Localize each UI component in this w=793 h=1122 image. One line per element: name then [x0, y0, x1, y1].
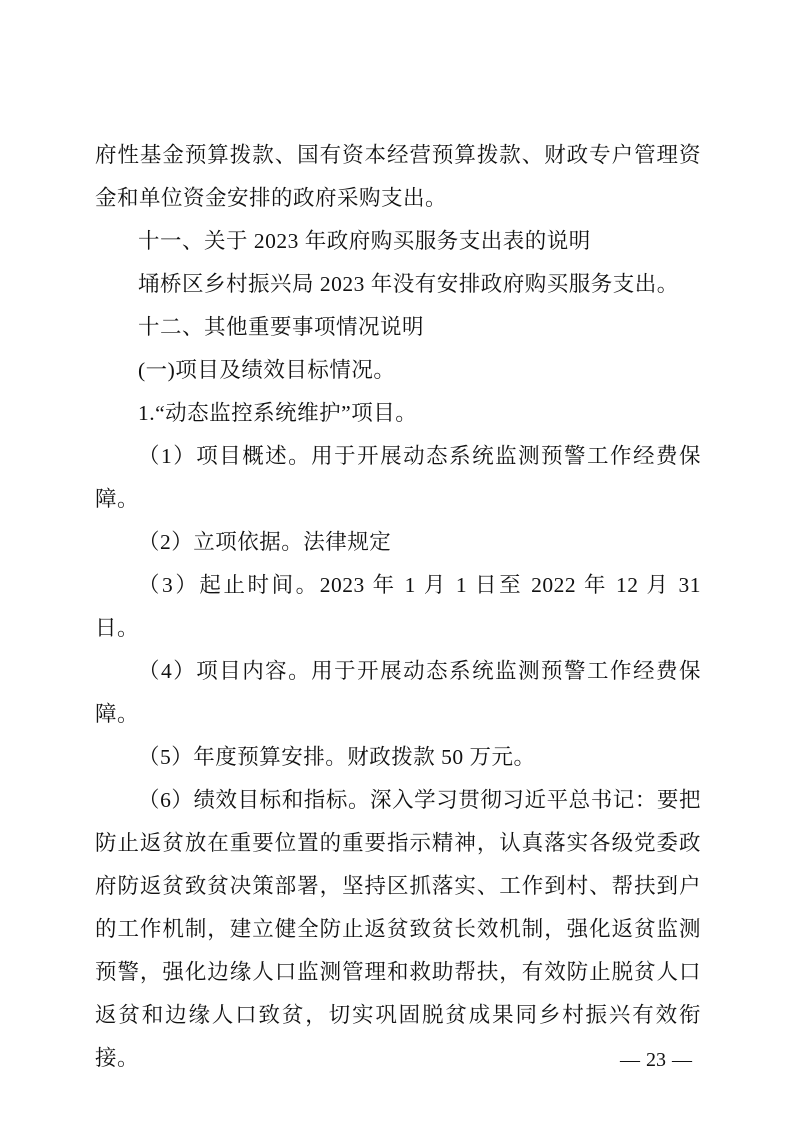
- footer-dash-right: —: [666, 1049, 698, 1072]
- document-page: 府性基金预算拨款、国有资本经营预算拨款、财政专户管理资金和单位资金安排的政府采购…: [0, 0, 793, 1122]
- subheading-project-performance: (一)项目及绩效目标情况。: [95, 349, 701, 392]
- item-5-annual-budget: （5）年度预算安排。财政拨款 50 万元。: [95, 736, 701, 779]
- heading-section-twelve: 十二、其他重要事项情况说明: [95, 306, 701, 349]
- item-project-title: 1.“动态监控系统维护”项目。: [95, 392, 701, 435]
- heading-section-eleven: 十一、关于 2023 年政府购买服务支出表的说明: [95, 220, 701, 263]
- para-no-procurement: 埇桥区乡村振兴局 2023 年没有安排政府购买服务支出。: [95, 263, 701, 306]
- item-2-legal-basis: （2）立项依据。法律规定: [95, 521, 701, 564]
- item-1-project-overview: （1）项目概述。用于开展动态系统监测预警工作经费保障。: [95, 435, 701, 521]
- document-body: 府性基金预算拨款、国有资本经营预算拨款、财政专户管理资金和单位资金安排的政府采购…: [95, 134, 701, 1080]
- item-3-time-period: （3）起止时间。2023 年 1 月 1 日至 2022 年 12 月 31 日…: [95, 564, 701, 650]
- page-footer: —23—: [594, 1026, 698, 1095]
- page-number: 23: [646, 1049, 666, 1072]
- item-4-project-content: （4）项目内容。用于开展动态系统监测预警工作经费保障。: [95, 650, 701, 736]
- continued-paragraph: 府性基金预算拨款、国有资本经营预算拨款、财政专户管理资金和单位资金安排的政府采购…: [95, 134, 701, 220]
- footer-dash-left: —: [614, 1049, 646, 1072]
